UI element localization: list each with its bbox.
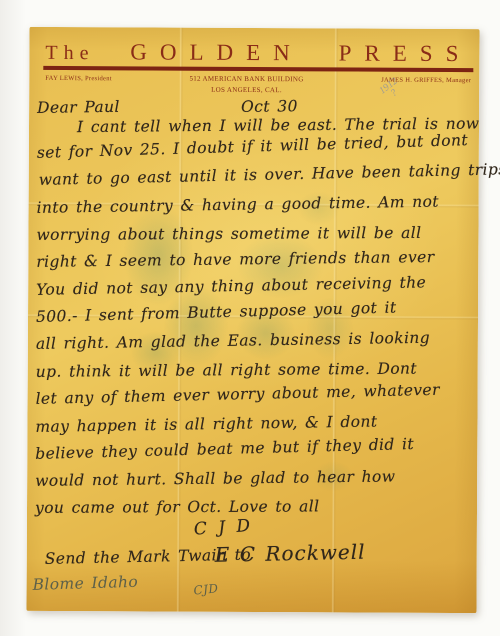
- letter-paper: The GOLDEN PRESS FAY LEWIS, President 51…: [26, 27, 479, 613]
- letter-line: would not hurt. Shall be glad to hear ho…: [35, 467, 395, 489]
- postscript-recipient-name: E C Rockwell: [215, 540, 366, 567]
- letter-line: you came out for Oct. Love to all: [35, 497, 319, 516]
- signature-initials: C J D: [193, 516, 252, 540]
- letter-line: all right. Am glad the Eas. business is …: [36, 329, 430, 353]
- letter-line: into the country & having a good time. A…: [36, 193, 439, 217]
- salutation: Dear Paul: [37, 98, 120, 117]
- scan-background: The GOLDEN PRESS FAY LEWIS, President 51…: [0, 0, 500, 636]
- letter-line: worrying about things sometime it will b…: [36, 224, 421, 244]
- letter-line: believe they could beat me but if they d…: [35, 435, 414, 463]
- letter-line: may happen it is all right now, & I dont: [35, 412, 377, 435]
- postscript-initials: CJD: [193, 581, 219, 597]
- letter-line: want to go east until it is over. Have b…: [39, 160, 500, 189]
- handwritten-body: Dear Paul Oct 30 I cant tell when I will…: [26, 27, 479, 613]
- letter-line: You did not say any thing about receivin…: [36, 273, 426, 298]
- letter-line: let any of them ever worry about me, wha…: [35, 381, 440, 408]
- letter-line: 500.- I sent from Butte suppose you got …: [36, 298, 397, 325]
- letter-line: up. think it will be all right some time…: [36, 360, 417, 381]
- letter-line: right & I seem to have more friends than…: [36, 248, 434, 271]
- date-line: Oct 30: [241, 97, 298, 116]
- postscript-line-2: Blome Idaho: [32, 573, 138, 594]
